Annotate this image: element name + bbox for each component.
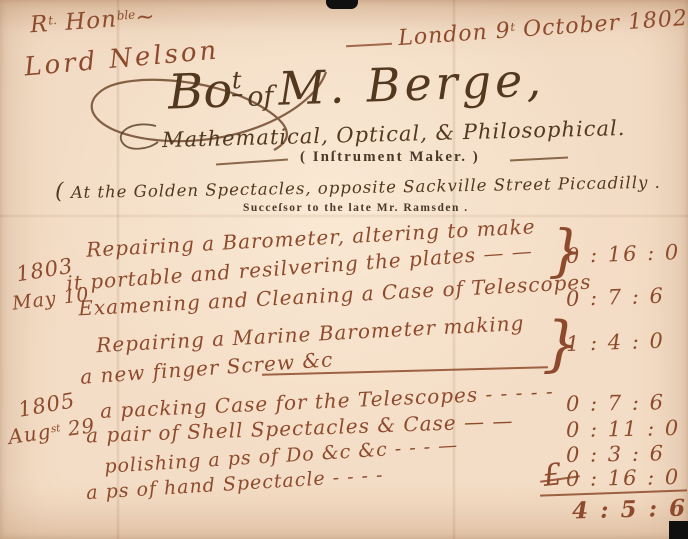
ledger-amount-1: 0 : 16 : 0 [566, 240, 683, 268]
addressee-honorific: Rt. Honble~ [29, 4, 156, 39]
dateline-day-sup: t [510, 20, 516, 34]
pound-sign: £ [541, 457, 565, 494]
ledger-amount-3: 1 : 4 : 0 [566, 328, 683, 356]
profession-open-paren: ( [300, 149, 307, 165]
ledger-amount-5: 0 : 7 : 6 [566, 390, 682, 416]
dateline-month-year: October 1802 [522, 6, 688, 42]
scan-artifact-corner [669, 521, 688, 539]
dateline-place: London [397, 20, 488, 51]
masthead-of: of [247, 81, 274, 113]
masthead-address: At the Golden Spectacles, opposite Sackv… [71, 173, 661, 202]
addressee-hon: Hon [64, 6, 117, 36]
addressee-hon-flourish: ~ [135, 4, 157, 31]
ledger-amount-8: 0 : 16 : 0 [566, 465, 682, 491]
paper-crease-horizontal [0, 214, 688, 218]
masthead-address-line: ( At the Golden Spectacles, opposite Sac… [55, 169, 661, 205]
masthead-bought-sup: t [231, 66, 242, 96]
ledger-amount-7: 0 : 3 : 6 [566, 441, 682, 467]
ledger-date-6-month: Aug [7, 419, 53, 449]
profession-right-swash [510, 156, 568, 161]
ledger-total: 4 : 5 : 6 [572, 494, 688, 524]
masthead-bought: Bo [167, 62, 233, 120]
ledger-date-6-sup: st [50, 422, 61, 435]
ledger-amount-6: 0 : 11 : 0 [566, 416, 682, 442]
masthead-bought-line: Bot of M. Berge, [167, 51, 546, 120]
profession-left-swash [216, 158, 288, 165]
dateline-day: 9 [495, 18, 512, 44]
dateline: London 9t October 1802 [397, 6, 688, 51]
address-open-paren: ( [55, 179, 65, 204]
dateline-underscore [346, 43, 392, 47]
masthead-successor: Succeſsor to the late Mr. Ramsden . [243, 202, 469, 214]
trades-flourish [112, 120, 160, 154]
scan-artifact-top [326, 0, 358, 9]
profession-close-paren: ) [473, 149, 480, 165]
masthead-profession-line: ( Inſtrument Maker. ) [300, 149, 480, 166]
ledger-amount-2: 0 : 7 : 6 [566, 283, 683, 311]
addressee-hon-sup: ble [116, 7, 135, 22]
addressee-r-sup: t. [48, 13, 58, 28]
masthead-merchant: M. Berge, [277, 52, 545, 115]
masthead-profession: Inſtrument Maker. [313, 149, 467, 165]
invoice-document: Rt. Honble~ Lord Nelson London 9t Octobe… [0, 0, 688, 539]
addressee-r: R [29, 11, 49, 38]
